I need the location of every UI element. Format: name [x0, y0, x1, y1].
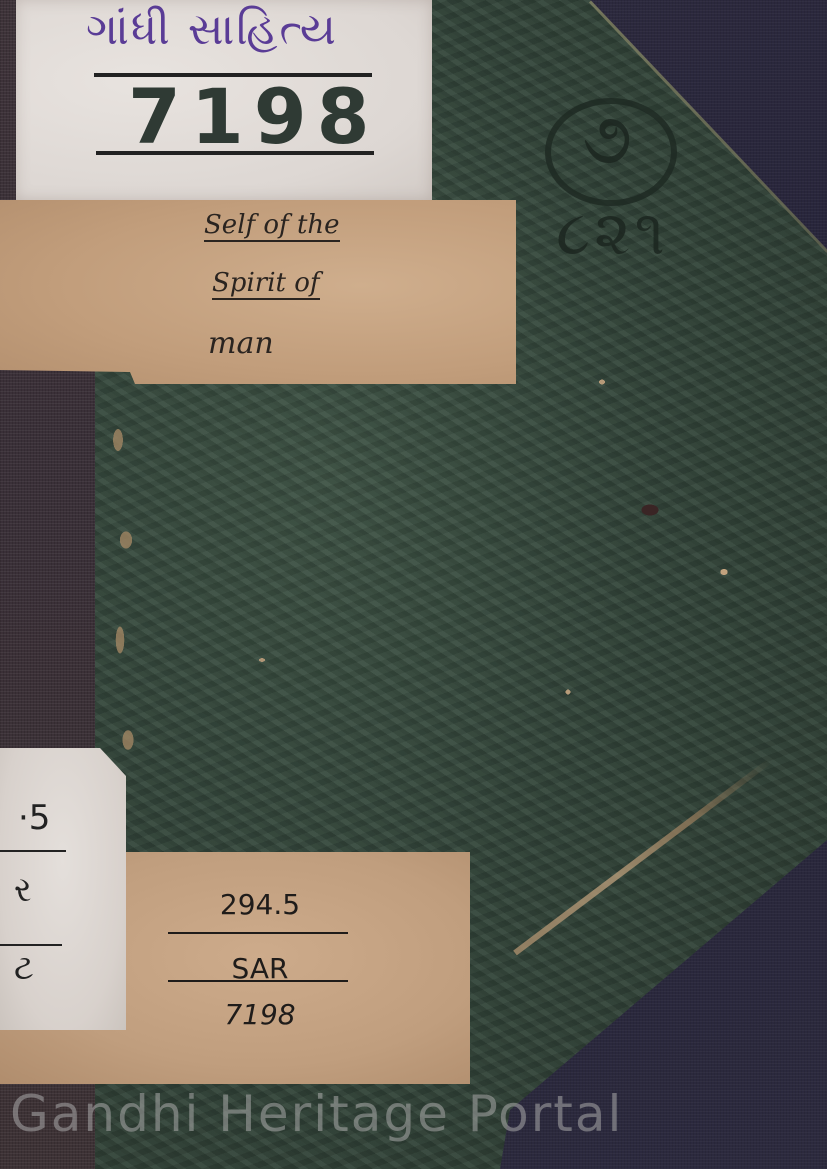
accession-number-small: 7198: [170, 998, 350, 1031]
classification-number: 294.5: [170, 888, 350, 921]
spine-label: ·5 ર ટ: [0, 748, 126, 1030]
title-line-3: man: [208, 326, 274, 361]
book-cover: ગાંધી સાહિત્ય 7198 Self of the Spirit of…: [0, 0, 827, 1169]
stamp-glyph: ૭: [582, 96, 632, 182]
title-label: Self of the Spirit of man: [0, 200, 516, 390]
watermark: Gandhi Heritage Portal: [10, 1085, 623, 1143]
title-line-2: Spirit of: [212, 268, 320, 298]
underline: [96, 151, 374, 155]
underline: [168, 932, 348, 934]
gujarati-library-title: ગાંધી સાહિત્ય: [86, 4, 338, 55]
accession-number: 7198: [128, 72, 380, 161]
underline: [0, 944, 62, 946]
stamp-number: ૮૨૧: [556, 196, 669, 270]
spine-label-line-2: ર: [14, 870, 32, 910]
underline: [0, 850, 66, 852]
spine-label-line-1: ·5: [18, 798, 50, 838]
library-label-top: ગાંધી સાહિત્ય 7198: [16, 0, 432, 200]
title-line-1: Self of the: [204, 210, 340, 240]
underline: [168, 980, 348, 982]
spine-label-line-3: ટ: [14, 948, 34, 988]
